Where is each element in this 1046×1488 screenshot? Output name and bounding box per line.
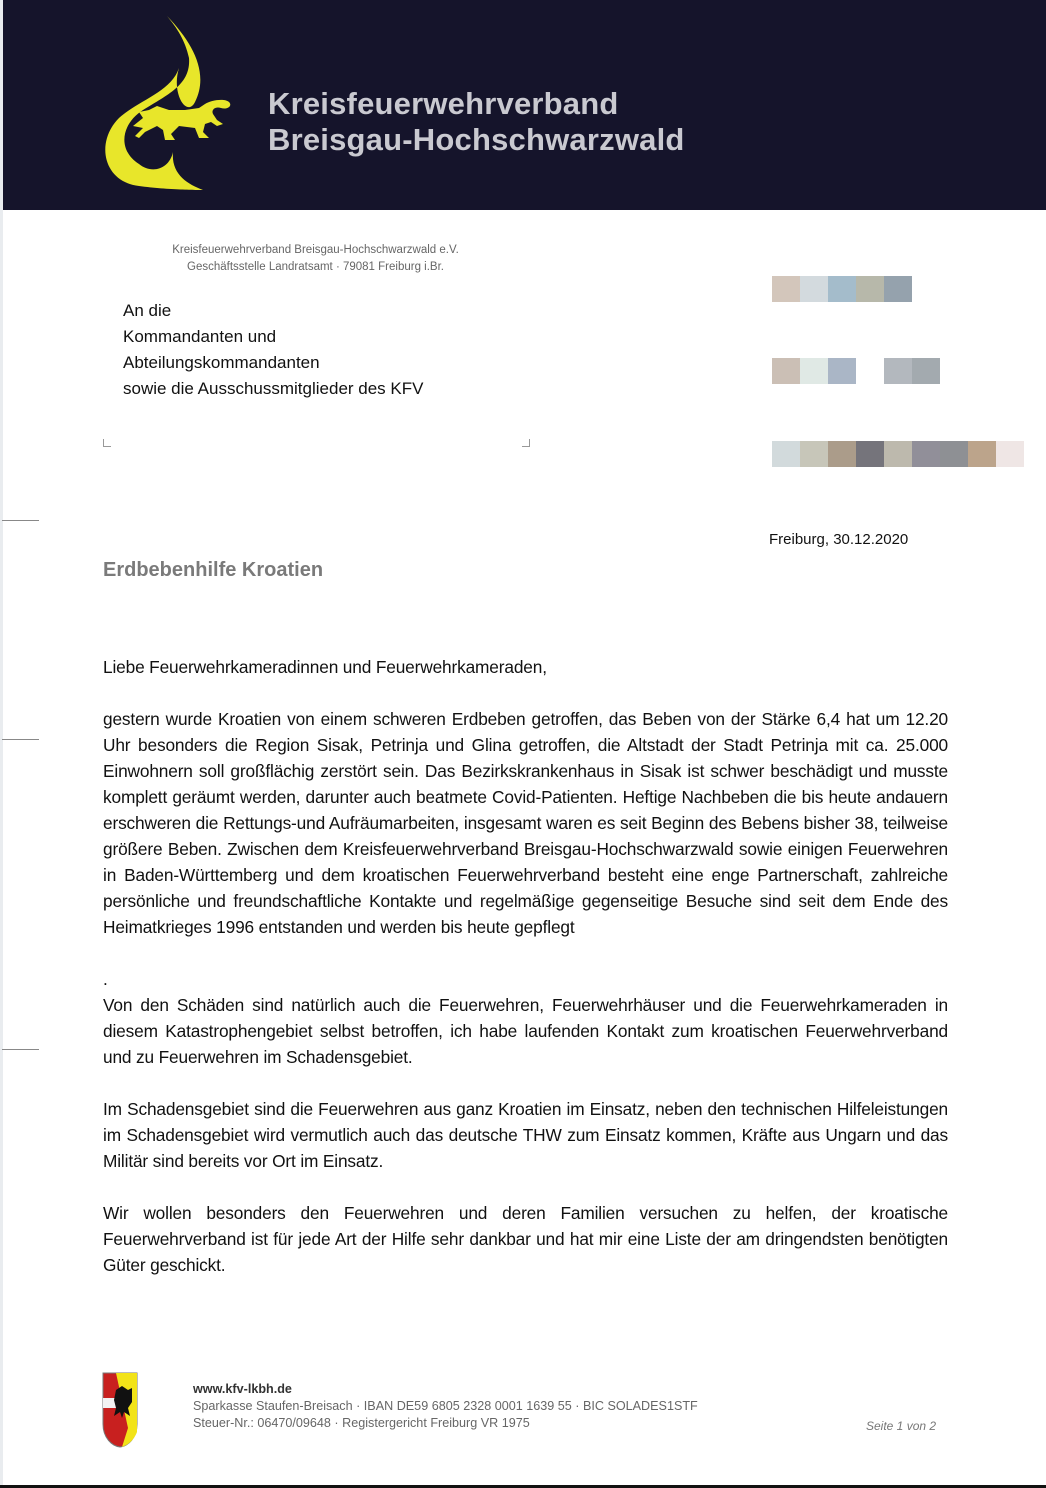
fold-mark xyxy=(2,1049,39,1050)
recipient-line: Kommandanten und xyxy=(123,324,423,350)
redaction-pixel xyxy=(800,276,828,302)
recipient-line: Abteilungskommandanten xyxy=(123,350,423,376)
coat-of-arms-icon xyxy=(102,1372,138,1448)
letter-greeting: Liebe Feuerwehrkameradinnen und Feuerweh… xyxy=(103,654,948,680)
redacted-row xyxy=(772,358,940,384)
address-window-corner-mark xyxy=(522,439,530,447)
letter-paragraph: Von den Schäden sind natürlich auch die … xyxy=(103,992,948,1070)
redaction-pixel xyxy=(968,441,996,467)
sender-line-2: Geschäftsstelle Landratsamt · 79081 Frei… xyxy=(118,259,513,276)
page-indicator: Seite 1 von 2 xyxy=(866,1419,936,1433)
redaction-pixel xyxy=(772,358,800,384)
page-left-edge xyxy=(0,0,3,1488)
redaction-pixel xyxy=(996,441,1024,467)
redaction-pixel xyxy=(856,358,884,384)
recipient-line: An die xyxy=(123,298,423,324)
redaction-pixel xyxy=(856,276,884,302)
org-name-line-1: Kreisfeuerwehrverband xyxy=(268,86,685,122)
org-name-line-2: Breisgau-Hochschwarzwald xyxy=(268,122,685,158)
redaction-pixel xyxy=(884,441,912,467)
redaction-pixel xyxy=(884,276,912,302)
footer-info: www.kfv-lkbh.de Sparkasse Staufen-Breisa… xyxy=(193,1381,698,1432)
letter-paragraph: Wir wollen besonders den Feuerwehren und… xyxy=(103,1200,948,1278)
website-link[interactable]: www.kfv-lkbh.de xyxy=(193,1381,698,1398)
redaction-pixel xyxy=(940,441,968,467)
letter-paragraph: Im Schadensgebiet sind die Feuerwehren a… xyxy=(103,1096,948,1174)
letter-paragraph: . xyxy=(103,966,948,992)
redaction-pixel xyxy=(800,441,828,467)
recipient-line: sowie die Ausschussmitglieder des KFV xyxy=(123,376,423,402)
redaction-pixel xyxy=(800,358,828,384)
redaction-pixel xyxy=(828,441,856,467)
redaction-pixel xyxy=(912,358,940,384)
redaction-pixel xyxy=(828,276,856,302)
redaction-pixel xyxy=(828,358,856,384)
redacted-row xyxy=(772,276,912,302)
tax-register-details: Steuer-Nr.: 06470/09648 · Registergerich… xyxy=(193,1415,698,1432)
sender-line-1: Kreisfeuerwehrverband Breisgau-Hochschwa… xyxy=(118,242,513,259)
letterhead-banner: Kreisfeuerwehrverband Breisgau-Hochschwa… xyxy=(3,0,1046,210)
organization-name: Kreisfeuerwehrverband Breisgau-Hochschwa… xyxy=(268,86,685,158)
sender-address: Kreisfeuerwehrverband Breisgau-Hochschwa… xyxy=(118,242,513,276)
letter-paragraph: gestern wurde Kroatien von einem schwere… xyxy=(103,706,948,940)
redaction-pixel xyxy=(772,441,800,467)
letter-date: Freiburg, 30.12.2020 xyxy=(769,531,908,548)
fold-mark xyxy=(2,739,39,740)
fold-mark xyxy=(2,520,39,521)
redaction-pixel xyxy=(884,358,912,384)
letter-subject: Erdbebenhilfe Kroatien xyxy=(103,559,323,582)
address-window-corner-mark xyxy=(103,439,111,447)
flame-lion-logo-icon xyxy=(99,14,249,192)
redaction-pixel xyxy=(856,441,884,467)
redacted-row xyxy=(772,441,1024,467)
bank-details: Sparkasse Staufen-Breisach · IBAN DE59 6… xyxy=(193,1398,698,1415)
redaction-pixel xyxy=(912,441,940,467)
redaction-pixel xyxy=(772,276,800,302)
recipient-address: An die Kommandanten und Abteilungskomman… xyxy=(123,298,423,402)
